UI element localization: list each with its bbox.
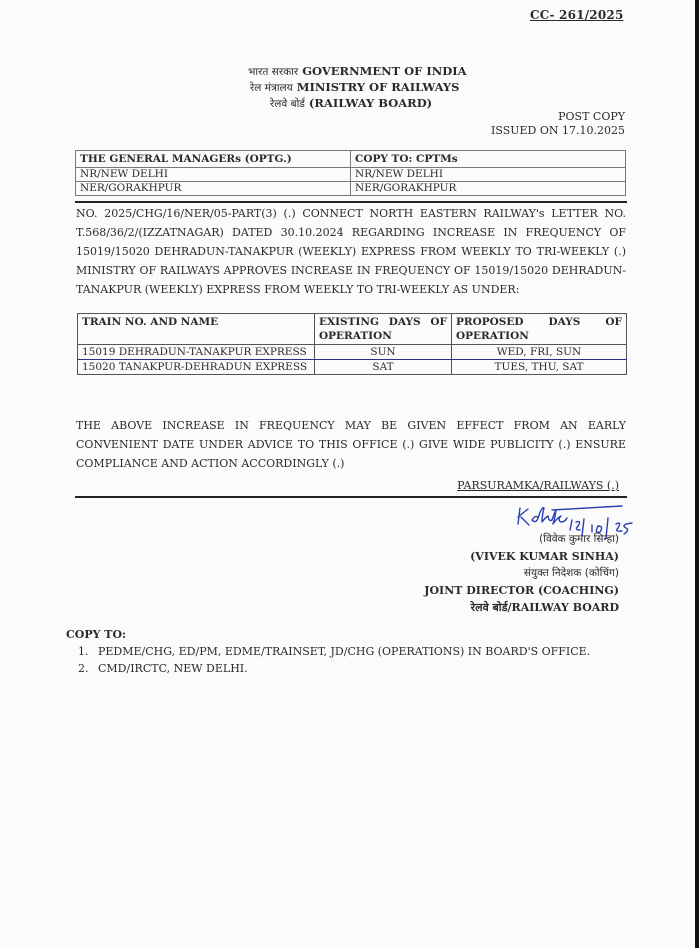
body-paragraph: NO. 2025/CHG/16/NER/05-PART(3) (.) CONNE… xyxy=(76,204,626,299)
existing-days-header: EXISTING DAYS OF OPERATION xyxy=(315,314,452,345)
header-government: भारत सरकारGOVERNMENT OF INDIA xyxy=(248,64,467,79)
copy-to-list: 1.PEDME/CHG, ED/PM, EDME/TRAINSET, JD/CH… xyxy=(78,643,590,677)
list-item-text: PEDME/CHG, ED/PM, EDME/TRAINSET, JD/CHG … xyxy=(98,645,590,658)
post-copy-block: POST COPY ISSUED ON 17.10.2025 xyxy=(491,110,625,138)
existing-days-cell: SUN xyxy=(315,345,452,360)
signatory-designation-hindi: संयुक्त निदेशक (कोचिंग) xyxy=(424,565,619,582)
issued-date: ISSUED ON 17.10.2025 xyxy=(491,124,625,138)
signatory-name-hindi: (विवेक कुमार सिन्हा) xyxy=(424,531,619,548)
header-board-hindi: रेलवे बोर्ड xyxy=(270,98,305,110)
existing-days-cell: SAT xyxy=(315,360,452,375)
table-row: 15019 DEHRADUN-TANAKPUR EXPRESS SUN WED,… xyxy=(78,345,627,360)
table-row: NR/NEW DELHI NR/NEW DELHI xyxy=(76,168,626,182)
proposed-days-cell: TUES, THU, SAT xyxy=(452,360,627,375)
signatory-designation: JOINT DIRECTOR (COACHING) xyxy=(424,582,619,599)
train-name-header: TRAIN NO. AND NAME xyxy=(78,314,315,345)
signatory-name: (VIVEK KUMAR SINHA) xyxy=(424,548,619,565)
proposed-days-header: PROPOSED DAYS OF OPERATION xyxy=(452,314,627,345)
copy-to-header: COPY TO: CPTMs xyxy=(351,151,626,168)
post-copy-label: POST COPY xyxy=(491,110,625,124)
addressee-cell: NR/NEW DELHI xyxy=(76,168,351,182)
divider-line xyxy=(75,496,627,498)
addressee-table: THE GENERAL MANAGERs (OPTG.) COPY TO: CP… xyxy=(75,150,626,196)
scan-edge-border xyxy=(695,0,699,948)
header-board: रेलवे बोर्ड(RAILWAY BOARD) xyxy=(270,96,432,111)
signature-block: (विवेक कुमार सिन्हा) (VIVEK KUMAR SINHA)… xyxy=(424,531,619,616)
copy-to-label: COPY TO: xyxy=(66,628,126,641)
closing-paragraph: THE ABOVE INCREASE IN FREQUENCY MAY BE G… xyxy=(76,416,626,473)
train-frequency-table: TRAIN NO. AND NAME EXISTING DAYS OF OPER… xyxy=(77,313,627,375)
addressee-header-row: THE GENERAL MANAGERs (OPTG.) COPY TO: CP… xyxy=(76,151,626,168)
circular-reference-number: CC- 261/2025 xyxy=(530,8,624,22)
list-item: 1.PEDME/CHG, ED/PM, EDME/TRAINSET, JD/CH… xyxy=(78,643,590,660)
header-ministry-english: MINISTRY OF RAILWAYS xyxy=(297,80,460,94)
addressee-cell: NER/GORAKHPUR xyxy=(76,182,351,196)
list-item-number: 2. xyxy=(78,660,98,677)
list-item: 2.CMD/IRCTC, NEW DELHI. xyxy=(78,660,590,677)
sender-code: PARSURAMKA/RAILWAYS (.) xyxy=(457,479,619,492)
divider-line xyxy=(75,201,627,203)
copy-to-cell: NR/NEW DELHI xyxy=(351,168,626,182)
signatory-office: रेलवे बोर्ड/RAILWAY BOARD xyxy=(424,599,619,616)
table-row: 15020 TANAKPUR-DEHRADUN EXPRESS SAT TUES… xyxy=(78,360,627,375)
header-board-english: (RAILWAY BOARD) xyxy=(309,96,432,110)
table-row: NER/GORAKHPUR NER/GORAKHPUR xyxy=(76,182,626,196)
train-table-header-row: TRAIN NO. AND NAME EXISTING DAYS OF OPER… xyxy=(78,314,627,345)
copy-to-cell: NER/GORAKHPUR xyxy=(351,182,626,196)
list-item-text: CMD/IRCTC, NEW DELHI. xyxy=(98,662,248,675)
header-ministry-hindi: रेल मंत्रालय xyxy=(250,82,293,94)
addressee-header: THE GENERAL MANAGERs (OPTG.) xyxy=(76,151,351,168)
header-ministry: रेल मंत्रालयMINISTRY OF RAILWAYS xyxy=(250,80,459,95)
train-name-cell: 15020 TANAKPUR-DEHRADUN EXPRESS xyxy=(78,360,315,375)
header-government-hindi: भारत सरकार xyxy=(248,66,298,78)
list-item-number: 1. xyxy=(78,643,98,660)
train-name-cell: 15019 DEHRADUN-TANAKPUR EXPRESS xyxy=(78,345,315,360)
proposed-days-cell: WED, FRI, SUN xyxy=(452,345,627,360)
header-government-english: GOVERNMENT OF INDIA xyxy=(302,64,466,78)
